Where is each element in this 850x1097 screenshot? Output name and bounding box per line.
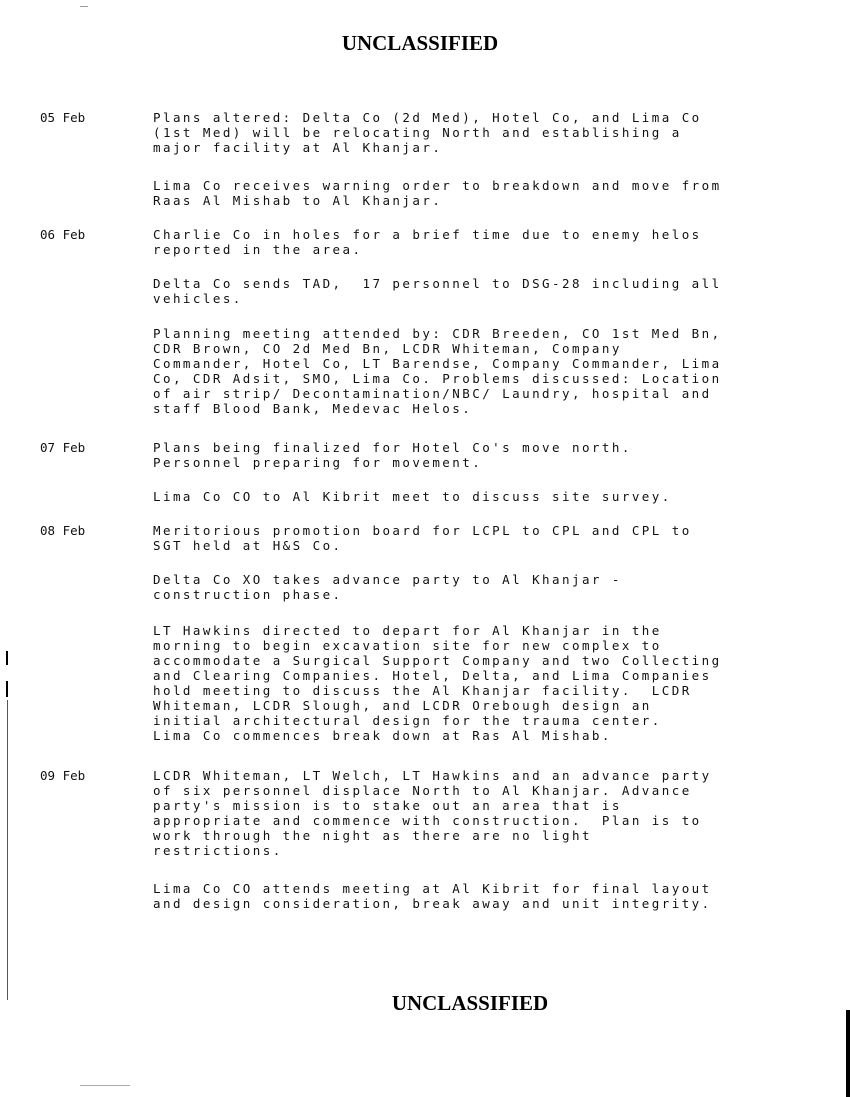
scan-edge-left <box>7 700 8 1000</box>
classification-header: UNCLASSIFIED <box>0 31 845 56</box>
paragraph-line: Lima Co CO attends meeting at Al Kibrit … <box>153 881 712 896</box>
classification-footer: UNCLASSIFIED <box>45 991 850 1016</box>
paragraph-line: construction phase. <box>153 587 622 602</box>
paragraph-line: of six personnel displace North to Al Kh… <box>153 783 712 798</box>
paragraph-line: of air strip/ Decontamination/NBC/ Laund… <box>153 386 722 401</box>
paragraph-line: Co, CDR Adsit, SMO, Lima Co. Problems di… <box>153 371 722 386</box>
entry-date: 09 Feb <box>40 768 85 783</box>
paragraph-line: hold meeting to discuss the Al Khanjar f… <box>153 683 722 698</box>
paragraph-line: LT Hawkins directed to depart for Al Kha… <box>153 623 722 638</box>
paragraph-line: morning to begin excavation site for new… <box>153 638 722 653</box>
paragraph-line: initial architectural design for the tra… <box>153 713 722 728</box>
entry-paragraph: Planning meeting attended by: CDR Breede… <box>153 326 722 416</box>
paragraph-line: Delta Co XO takes advance party to Al Kh… <box>153 572 622 587</box>
paragraph-line: and design consideration, break away and… <box>153 896 712 911</box>
entry-paragraph: Delta Co XO takes advance party to Al Kh… <box>153 572 622 602</box>
paragraph-line: Personnel preparing for movement. <box>153 455 632 470</box>
paragraph-line: Plans altered: Delta Co (2d Med), Hotel … <box>153 110 702 125</box>
entry-paragraph: Plans being finalized for Hotel Co's mov… <box>153 440 632 470</box>
paragraph-line: LCDR Whiteman, LT Welch, LT Hawkins and … <box>153 768 712 783</box>
paragraph-line: Meritorious promotion board for LCPL to … <box>153 523 692 538</box>
paragraph-line: Commander, Hotel Co, LT Barendse, Compan… <box>153 356 722 371</box>
paragraph-line: accommodate a Surgical Support Company a… <box>153 653 722 668</box>
scan-mark-left-1 <box>6 651 8 665</box>
paragraph-line: reported in the area. <box>153 242 702 257</box>
paragraph-line: Planning meeting attended by: CDR Breede… <box>153 326 722 341</box>
entry-paragraph: Lima Co CO attends meeting at Al Kibrit … <box>153 881 712 911</box>
paragraph-line: Lima Co CO to Al Kibrit meet to discuss … <box>153 489 672 504</box>
paragraph-line: Plans being finalized for Hotel Co's mov… <box>153 440 632 455</box>
entry-paragraph: Delta Co sends TAD, 17 personnel to DSG-… <box>153 276 722 306</box>
paragraph-line: Lima Co commences break down at Ras Al M… <box>153 728 722 743</box>
entry-date: 07 Feb <box>40 440 85 455</box>
entry-paragraph: Lima Co receives warning order to breakd… <box>153 178 722 208</box>
paragraph-line: Lima Co receives warning order to breakd… <box>153 178 722 193</box>
entry-paragraph: Charlie Co in holes for a brief time due… <box>153 227 702 257</box>
entry-date: 06 Feb <box>40 227 85 242</box>
paragraph-line: party's mission is to stake out an area … <box>153 798 712 813</box>
paragraph-line: and Clearing Companies. Hotel, Delta, an… <box>153 668 722 683</box>
paragraph-line: major facility at Al Khanjar. <box>153 140 702 155</box>
paragraph-line: CDR Brown, CO 2d Med Bn, LCDR Whiteman, … <box>153 341 722 356</box>
entry-paragraph: Plans altered: Delta Co (2d Med), Hotel … <box>153 110 702 155</box>
paragraph-line: Whiteman, LCDR Slough, and LCDR Orebough… <box>153 698 722 713</box>
scan-dots-top <box>80 6 88 7</box>
paragraph-line: Charlie Co in holes for a brief time due… <box>153 227 702 242</box>
entry-paragraph: LT Hawkins directed to depart for Al Kha… <box>153 623 722 743</box>
scan-mark-left-2 <box>6 681 8 697</box>
paragraph-line: SGT held at H&S Co. <box>153 538 692 553</box>
paragraph-line: staff Blood Bank, Medevac Helos. <box>153 401 722 416</box>
scan-edge-right <box>846 1010 850 1097</box>
paragraph-line: (1st Med) will be relocating North and e… <box>153 125 702 140</box>
scan-dots-bottom <box>80 1085 130 1086</box>
paragraph-line: work through the night as there are no l… <box>153 828 712 843</box>
paragraph-line: vehicles. <box>153 291 722 306</box>
paragraph-line: appropriate and commence with constructi… <box>153 813 712 828</box>
entry-date: 05 Feb <box>40 110 85 125</box>
paragraph-line: Delta Co sends TAD, 17 personnel to DSG-… <box>153 276 722 291</box>
entry-date: 08 Feb <box>40 523 85 538</box>
entry-paragraph: LCDR Whiteman, LT Welch, LT Hawkins and … <box>153 768 712 858</box>
entry-paragraph: Meritorious promotion board for LCPL to … <box>153 523 692 553</box>
paragraph-line: Raas Al Mishab to Al Khanjar. <box>153 193 722 208</box>
paragraph-line: restrictions. <box>153 843 712 858</box>
entry-paragraph: Lima Co CO to Al Kibrit meet to discuss … <box>153 489 672 504</box>
